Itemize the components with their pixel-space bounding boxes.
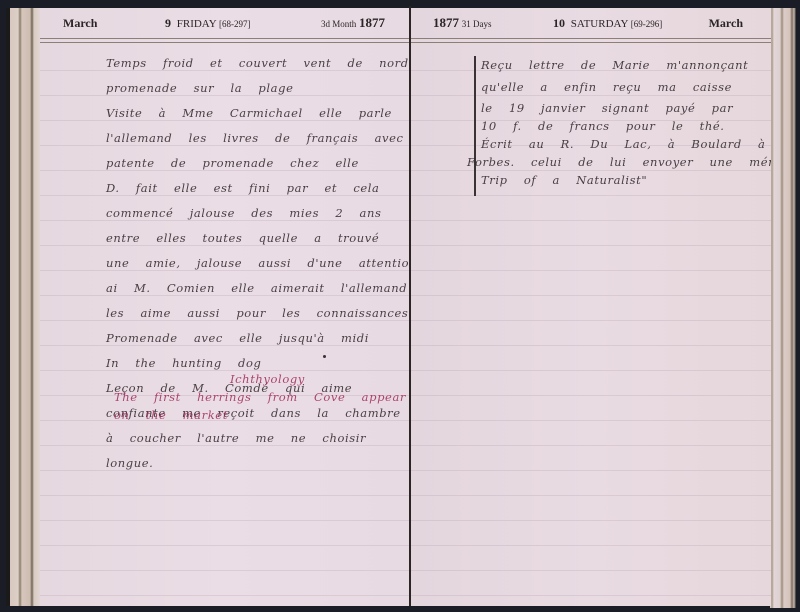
header-rule bbox=[40, 38, 409, 43]
entry-line: Reçu lettre de Marie m'annonçant bbox=[481, 58, 748, 72]
entry-line: Forbes. celui de lui envoyer une mémoire bbox=[467, 155, 771, 169]
left-page-header: March 9 FRIDAY [68-297] 3d Month 1877 bbox=[40, 8, 409, 38]
entry-line: In the hunting dog bbox=[106, 356, 261, 370]
ruled-lines bbox=[40, 46, 409, 606]
entry-line: Trip of a Naturalist" bbox=[481, 173, 647, 187]
entry-line: Promenade avec elle jusqu'à midi bbox=[106, 331, 369, 345]
day-range: [68-297] bbox=[219, 19, 251, 29]
entry-line: Écrit au R. Du Lac, à Boulard à M. bbox=[481, 137, 771, 151]
entry-line: commencé jalouse des mies 2 ans bbox=[106, 206, 382, 220]
right-page-header: 1877 31 Days 10 SATURDAY [69-296] March bbox=[411, 8, 771, 38]
entry-line: à coucher l'autre me ne choisir bbox=[106, 431, 366, 445]
year: 1877 bbox=[433, 15, 459, 30]
ink-dot bbox=[323, 355, 326, 358]
day-heading: 9 FRIDAY [68-297] bbox=[165, 16, 251, 31]
day-heading: 10 SATURDAY [69-296] bbox=[553, 16, 662, 31]
annotation-line: The first herrings from Cove appear bbox=[114, 390, 406, 404]
entry-line: une amie, jalouse aussi d'une attention, bbox=[106, 256, 409, 270]
margin-line bbox=[474, 56, 476, 196]
month-label: March bbox=[63, 16, 97, 31]
annotation-line: on the market bbox=[114, 408, 228, 422]
entry-line: qu'elle a enfin reçu ma caisse bbox=[481, 80, 732, 94]
entry-line: ai M. Comien elle aimerait l'allemand bbox=[106, 281, 407, 295]
entry-line: D. fait elle est fini par et cela bbox=[106, 181, 380, 195]
entry-line: Visite à Mme Carmichael elle parle bbox=[106, 106, 392, 120]
annotation-heading: Ichthyology bbox=[230, 372, 305, 386]
days-label: 31 Days bbox=[462, 19, 492, 29]
entry-line: longue. bbox=[106, 456, 153, 470]
month-ordinal: 3d Month bbox=[321, 19, 356, 29]
diary-spread: March 9 FRIDAY [68-297] 3d Month 1877 Te… bbox=[0, 0, 800, 612]
day-number: 9 bbox=[165, 16, 171, 30]
entry-line: promenade sur la plage bbox=[106, 81, 294, 95]
entry-line: patente de promenade chez elle bbox=[106, 156, 359, 170]
entry-line: le 19 janvier signant payé par bbox=[481, 101, 733, 115]
weekday: FRIDAY bbox=[177, 18, 217, 30]
year: 1877 bbox=[359, 15, 385, 30]
right-page: 1877 31 Days 10 SATURDAY [69-296] March … bbox=[411, 8, 771, 606]
entry-line: entre elles toutes quelle a trouvé bbox=[106, 231, 379, 245]
day-number: 10 bbox=[553, 16, 565, 30]
header-rule bbox=[411, 38, 771, 43]
entry-line: 10 f. de francs pour le thé. bbox=[481, 119, 725, 133]
weekday: SATURDAY bbox=[571, 18, 628, 30]
year-heading: 3d Month 1877 bbox=[321, 15, 385, 31]
entry-line: les aime aussi pour les connaissances. bbox=[106, 306, 409, 320]
year-heading: 1877 31 Days bbox=[433, 15, 492, 31]
month-label: March bbox=[709, 16, 743, 31]
left-page: March 9 FRIDAY [68-297] 3d Month 1877 Te… bbox=[40, 8, 409, 606]
right-page-edges bbox=[770, 8, 796, 608]
day-range: [69-296] bbox=[631, 19, 663, 29]
entry-line: Temps froid et couvert vent de nord bbox=[106, 56, 409, 70]
entry-line: l'allemand les livres de français avec bbox=[106, 131, 404, 145]
